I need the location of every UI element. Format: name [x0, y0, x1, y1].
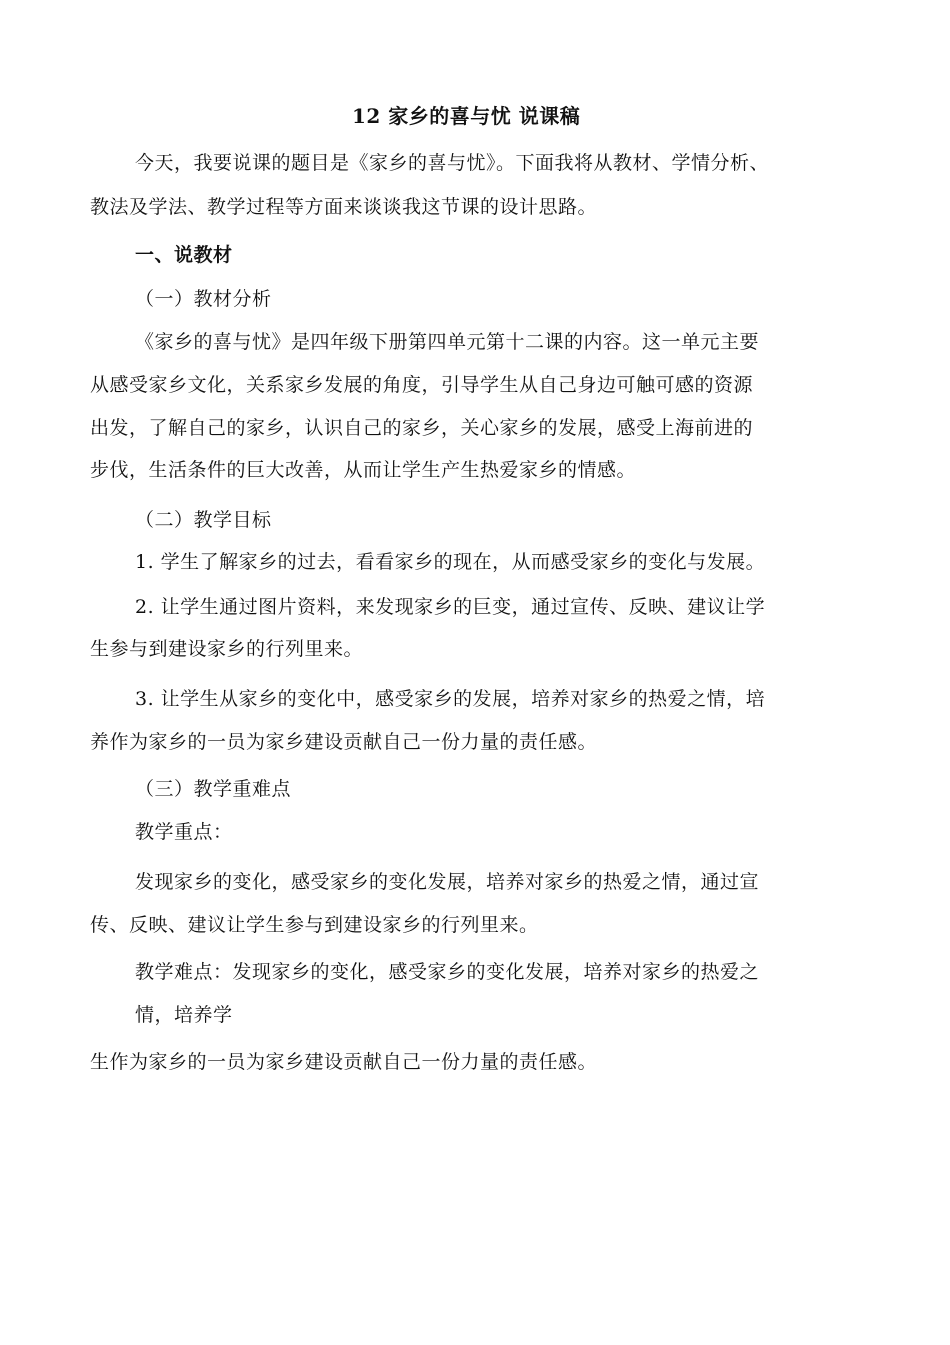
goal-item-1: 1. 学生了解家乡的过去，看看家乡的现在，从而感受家乡的变化与发展。: [135, 550, 765, 574]
difficult-points-text-cont: 情，培养学: [135, 1003, 233, 1027]
paragraph-line: 步伐，生活条件的巨大改善，从而让学生产生热爱家乡的情感。: [90, 458, 636, 482]
difficult-points-text-cont-2: 生作为家乡的一员为家乡建设贡献自己一份力量的责任感。: [90, 1050, 597, 1074]
paragraph-line: 出发，了解自己的家乡，认识自己的家乡，关心家乡的发展，感受上海前进的: [90, 416, 753, 440]
document-title: 12 家乡的喜与忧 说课稿: [352, 104, 580, 128]
subsection-heading-key-difficult-points: （三）教学重难点: [135, 777, 291, 801]
key-points-text-cont: 传、反映、建议让学生参与到建设家乡的行列里来。: [90, 913, 539, 937]
intro-line-1: 今天，我要说课的题目是《家乡的喜与忧》。下面我将从教材、学情分析、: [135, 151, 769, 175]
goal-item-3-cont: 养作为家乡的一员为家乡建设贡献自己一份力量的责任感。: [90, 730, 597, 754]
paragraph-line: 《家乡的喜与忧》是四年级下册第四单元第十二课的内容。这一单元主要: [135, 330, 759, 354]
paragraph-line: 从感受家乡文化，关系家乡发展的角度，引导学生从自己身边可触可感的资源: [90, 373, 753, 397]
section-heading-teaching-material: 一、说教材: [135, 243, 233, 267]
goal-item-2: 2. 让学生通过图片资料，来发现家乡的巨变，通过宣传、反映、建议让学: [135, 595, 765, 619]
key-points-text: 发现家乡的变化，感受家乡的变化发展，培养对家乡的热爱之情，通过宣: [135, 870, 759, 894]
goal-item-2-cont: 生参与到建设家乡的行列里来。: [90, 637, 363, 661]
goal-item-3: 3. 让学生从家乡的变化中，感受家乡的发展，培养对家乡的热爱之情，培: [135, 687, 765, 711]
subsection-heading-teaching-goals: （二）教学目标: [135, 508, 272, 532]
difficult-points-text: 教学难点：发现家乡的变化，感受家乡的变化发展，培养对家乡的热爱之: [135, 960, 759, 984]
intro-line-2: 教法及学法、教学过程等方面来谈谈我这节课的设计思路。: [90, 195, 597, 219]
key-points-label: 教学重点：: [135, 820, 233, 844]
subsection-heading-material-analysis: （一）教材分析: [135, 287, 272, 311]
